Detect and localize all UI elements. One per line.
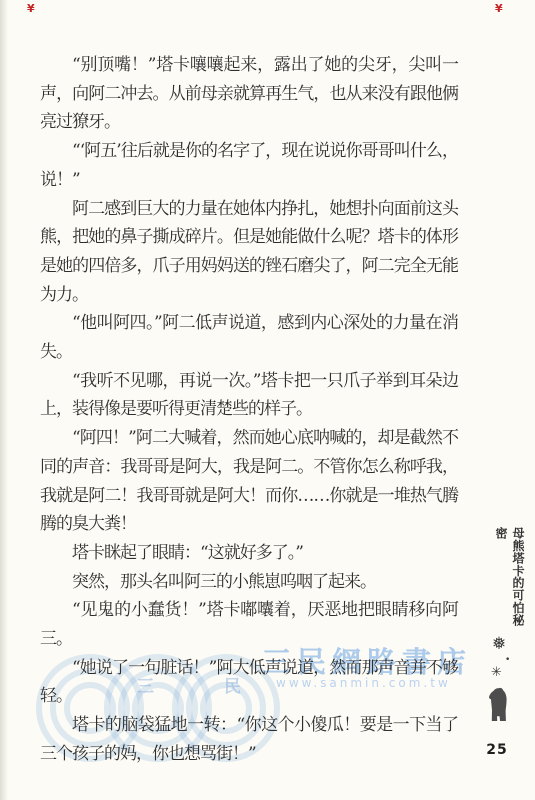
paragraph: “她说了一句脏话！”阿大低声说道，然而那声音并不够轻。: [40, 654, 458, 711]
snowflake-small-icon: ✳: [491, 666, 502, 679]
print-mark-left: ¥: [27, 3, 35, 14]
paragraph: 塔卡眯起了眼睛：“这就好多了。”: [40, 539, 458, 568]
paragraph: “别顶嘴！”塔卡嚷嚷起来，露出了她的尖牙，尖叫一声，向阿二冲去。从前母亲就算再生…: [40, 51, 458, 137]
print-mark-right: ¥: [495, 3, 503, 14]
book-page: ¥ ¥ 三 民 三民網路書店 www.sanmin.com.tw “别顶嘴！”塔…: [0, 0, 535, 800]
paragraph: “阿四！”阿二大喊着，然而她心底呐喊的，却是截然不同的声音：我哥哥是阿大，我是阿…: [40, 424, 458, 539]
paragraph: 塔卡的脑袋猛地一转：“你这个小傻瓜！要是一下当了三个孩子的妈，你也想骂街！”: [40, 711, 458, 768]
paragraph: “我听不见哪，再说一次。”塔卡把一只爪子举到耳朵边上，装得像是要听得更清楚些的样…: [40, 367, 458, 424]
page-number: 25: [485, 742, 509, 758]
paragraph: 突然，那头名叫阿三的小熊崽呜咽了起来。: [40, 568, 458, 597]
paragraph: “他叫阿四。”阿二低声说道，感到内心深处的力量在消失。: [40, 309, 458, 366]
snowflake-icon: ❅: [492, 636, 506, 653]
chapter-title-vertical: 母熊塔卡的可怕秘密: [493, 527, 527, 637]
bear-icon: [486, 687, 510, 724]
dot-ornament: •: [505, 656, 510, 665]
paragraph: “见鬼的小蠢货！”塔卡嘟囔着，厌恶地把眼睛移向阿三。: [40, 596, 458, 653]
page-text: “别顶嘴！”塔卡嚷嚷起来，露出了她的尖牙，尖叫一声，向阿二冲去。从前母亲就算再生…: [40, 51, 458, 769]
paragraph: 阿二感到巨大的力量在她体内挣扎，她想扑向面前这头熊，把她的鼻子撕成碎片。但是她能…: [40, 195, 458, 310]
paragraph: “‘阿五’往后就是你的名字了，现在说说你哥哥叫什么，说！”: [40, 137, 458, 194]
page-edge-shadow: [0, 0, 8, 800]
